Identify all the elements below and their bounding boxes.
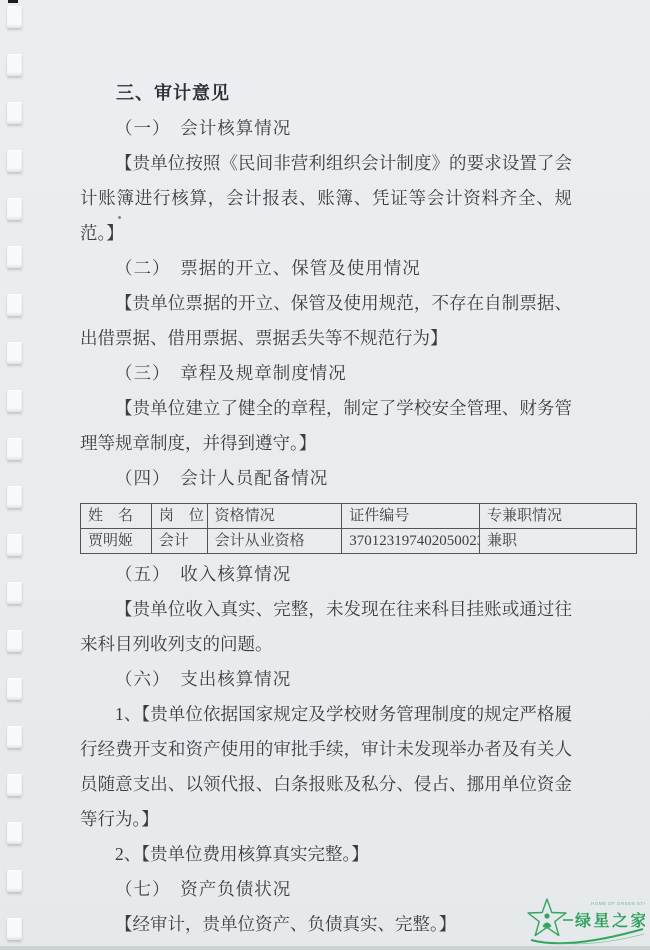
col-header-post: 岗 位 <box>151 504 207 529</box>
logo-wordmark: 绿星之家 <box>575 911 645 930</box>
section-7-paragraph: 【经审计，贵单位资产、负债真实、完整。】 <box>80 907 572 942</box>
punch-hole <box>7 774 22 796</box>
punch-hole <box>7 726 22 748</box>
logo-swoosh <box>531 929 643 943</box>
section-4-title: （四） 会计人员配备情况 <box>80 461 572 496</box>
punch-hole <box>7 150 22 172</box>
section-5-title: （五） 收入核算情况 <box>80 557 572 592</box>
person-icon <box>543 913 552 927</box>
accounting-staff-table: 姓 名 岗 位 资格情况 证件编号 专兼职情况 贾明姬 会计 会计从业资格 37… <box>80 503 637 554</box>
cell-name: 贾明姬 <box>81 529 152 554</box>
punch-hole <box>7 342 22 364</box>
scanned-audit-report-page: 三、审计意见 （一） 会计核算情况 【贵单位按照《民间非营利组织会计制度》的要求… <box>0 0 650 950</box>
scan-edge-mark <box>8 0 18 3</box>
punch-hole <box>7 54 22 76</box>
punch-hole <box>7 822 22 844</box>
section-3-paragraph: 【贵单位建立了健全的章程，制定了学校安全管理、财务管理等规章制度，并得到遵守。】 <box>80 391 572 461</box>
binding-holes <box>0 0 30 950</box>
cell-employment-type: 兼职 <box>479 529 636 554</box>
section-7-title: （七） 资产负债状况 <box>80 872 572 907</box>
punch-hole <box>7 198 22 220</box>
col-header-qualification: 资格情况 <box>207 504 342 529</box>
punch-hole <box>7 390 22 412</box>
section-1-paragraph: 【贵单位按照《民间非营利组织会计制度》的要求设置了会计账簿进行核算，会计报表、账… <box>80 146 572 251</box>
punch-hole <box>7 870 22 892</box>
punch-hole <box>7 678 22 700</box>
section-6-title: （六） 支出核算情况 <box>80 662 572 697</box>
green-star-watermark-logo: HOME OF GREEN STAR 绿星之家 <box>527 896 645 948</box>
heading-audit-opinion: 三、审计意见 <box>80 76 572 111</box>
section-5-paragraph: 【贵单位收入真实、完整，未发现在往来科目挂账或通过往来科目列收列支的问题。 <box>80 592 572 662</box>
table-row: 贾明姬 会计 会计从业资格 370123197402050023 兼职 <box>81 529 637 554</box>
col-header-name: 姓 名 <box>81 504 152 529</box>
section-1-title: （一） 会计核算情况 <box>80 111 572 146</box>
document-body: 三、审计意见 （一） 会计核算情况 【贵单位按照《民间非营利组织会计制度》的要求… <box>80 76 572 942</box>
section-3-title: （三） 章程及规章制度情况 <box>80 356 572 391</box>
punch-hole <box>7 294 22 316</box>
table-header-row: 姓 名 岗 位 资格情况 证件编号 专兼职情况 <box>81 504 637 529</box>
section-6-paragraph-2: 2、【贵单位费用核算真实完整。】 <box>80 837 572 872</box>
cell-qualification: 会计从业资格 <box>207 529 342 554</box>
punch-hole <box>7 534 22 556</box>
punch-hole <box>7 6 22 28</box>
section-2-title: （二） 票据的开立、保管及使用情况 <box>80 251 572 286</box>
punch-hole <box>7 486 22 508</box>
section-6-paragraph-1: 1、【贵单位依据国家规定及学校财务管理制度的规定严格履行经费开支和资产使用的审批… <box>80 697 572 837</box>
cell-certificate-no: 370123197402050023 <box>342 529 480 554</box>
cell-post: 会计 <box>151 529 207 554</box>
punch-hole <box>7 102 22 124</box>
punch-hole <box>7 438 22 460</box>
section-2-paragraph: 【贵单位票据的开立、保管及使用规范，不存在自制票据、出借票据、借用票据、票据丢失… <box>80 286 572 356</box>
logo-tagline: HOME OF GREEN STAR <box>591 901 645 906</box>
col-header-employment-type: 专兼职情况 <box>479 504 636 529</box>
col-header-certificate-no: 证件编号 <box>342 504 480 529</box>
punch-hole <box>7 582 22 604</box>
punch-hole <box>7 246 22 268</box>
punch-hole <box>7 630 22 652</box>
punch-hole <box>7 918 22 940</box>
